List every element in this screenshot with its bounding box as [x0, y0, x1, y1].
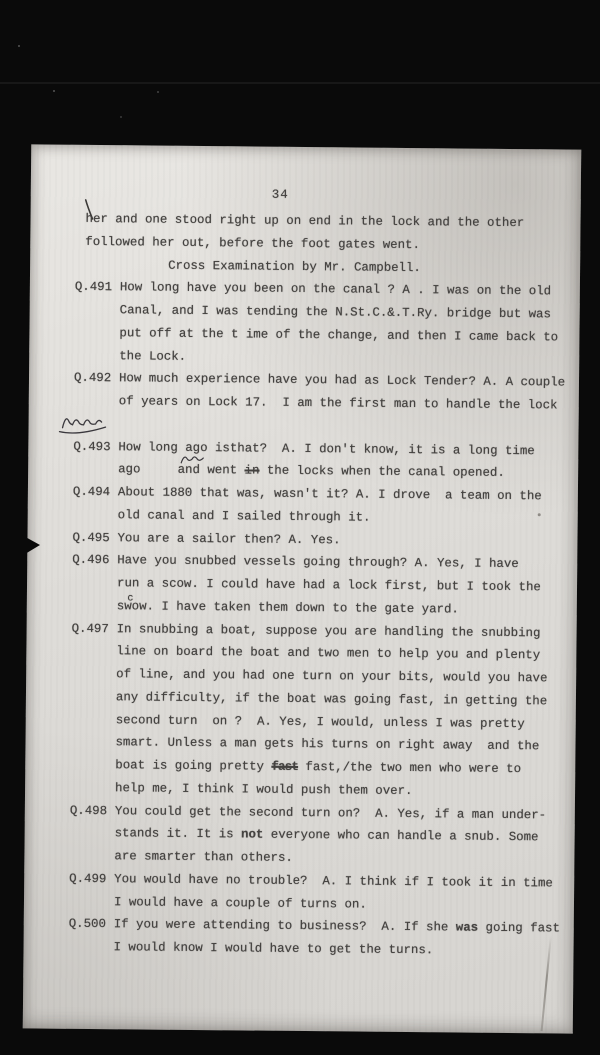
line-text: About 1880 that was, wasn't it? A. I dro… [118, 485, 542, 503]
line-text: Canal, and I was tending the N.St.C.&.T.… [120, 303, 551, 321]
question-number: Q.496 [72, 549, 109, 572]
line-text: How long have you been on the canal ? A … [120, 280, 551, 298]
question-number: Q.494 [73, 481, 110, 504]
transcript-body: her and one stood right up on end in the… [23, 207, 580, 963]
transcript-line: I would know I would have to get the tur… [23, 935, 573, 963]
line-text: How long ago isthat? A. I don't know, it… [118, 440, 535, 458]
line-text: her and one stood right up on end in the… [85, 212, 524, 230]
question-number: Q.497 [71, 617, 108, 640]
line-text: You would have no trouble? A. I think if… [114, 872, 553, 890]
line-text: If you were attending to business? A. If… [114, 917, 560, 935]
overtyped-word: was [456, 921, 478, 935]
question-number: Q.499 [69, 868, 106, 891]
line-text-post: going fast [478, 921, 560, 936]
line-text: run a scow. I could have had a lock firs… [117, 576, 541, 594]
overtyped-word: not [241, 828, 263, 842]
line-text: You could get the second turn on? A. Yes… [115, 804, 546, 822]
line-text: line on board the boat and two men to he… [116, 644, 540, 662]
question-number: Q.498 [70, 799, 107, 822]
line-text-post: everyone who can handle a snub. Some [263, 828, 538, 845]
page-blemish [538, 513, 541, 516]
line-text: How much experience have you had as Lock… [119, 371, 565, 389]
line-text: help me, I think I would push them over. [115, 781, 413, 798]
heading-text: Cross Examination by Mr. Campbell. [168, 258, 421, 274]
line-text-pre: If you were attending to business? A. If… [114, 917, 456, 934]
line-text: You are a sailor then? A. Yes. [117, 531, 340, 547]
scan-speck [120, 116, 122, 118]
line-text: second turn on ? A. Yes, I would, unless… [116, 713, 525, 731]
line-text: followed her out, before the foot gates … [85, 235, 420, 252]
line-text: I would have a couple of turns on. [114, 895, 367, 911]
line-text: smart. Unless a man gets his turns on ri… [115, 735, 539, 753]
line-text: old canal and I sailed through it. [118, 508, 371, 524]
line-text-pre: stands it. It is [115, 826, 242, 841]
line-text: stands it. It is not everyone who can ha… [115, 826, 539, 844]
line-text: put off at the t ime of the change, and … [119, 326, 558, 344]
line-text: ago [118, 462, 140, 476]
scanned-document: 34 her and one stood right up on end in … [0, 0, 600, 1055]
line-text: the Lock. [119, 349, 186, 364]
page-number: 34 [272, 188, 289, 202]
scan-speck [18, 45, 20, 47]
scanner-edge-wedge [20, 534, 40, 557]
line-text-post: fast,/the two men who were to [298, 760, 521, 776]
question-number: Q.500 [69, 913, 106, 936]
scan-seam [0, 82, 600, 84]
line-text: of line, and you had one turn on your bi… [116, 667, 547, 685]
scan-speck [157, 91, 159, 93]
line-text: I would know I would have to get the tur… [113, 940, 433, 957]
line-text: scwow. I have taken them down to the gat… [117, 599, 459, 616]
line-text: are smarter than others. [114, 849, 293, 865]
line-text: any difficulty, if the boat was going fa… [116, 690, 547, 708]
scan-speck [53, 90, 55, 92]
line-text-post: wow. I have taken them down to the gate … [124, 599, 459, 616]
line-text: boat is going pretty fast fast,/the two … [115, 758, 521, 776]
question-number: Q.492 [74, 367, 111, 390]
line-text: Have you snubbed vessels going through? … [117, 553, 519, 571]
question-number: Q.491 [75, 276, 112, 299]
question-number: Q.495 [72, 526, 109, 549]
struck-word: fast [271, 760, 298, 774]
line-text-pre: boat is going pretty [115, 758, 271, 773]
question-number: Q.493 [73, 435, 110, 458]
transcript-page: 34 her and one stood right up on end in … [23, 144, 581, 1033]
line-text: In snubbing a boat, suppose you are hand… [117, 622, 541, 640]
